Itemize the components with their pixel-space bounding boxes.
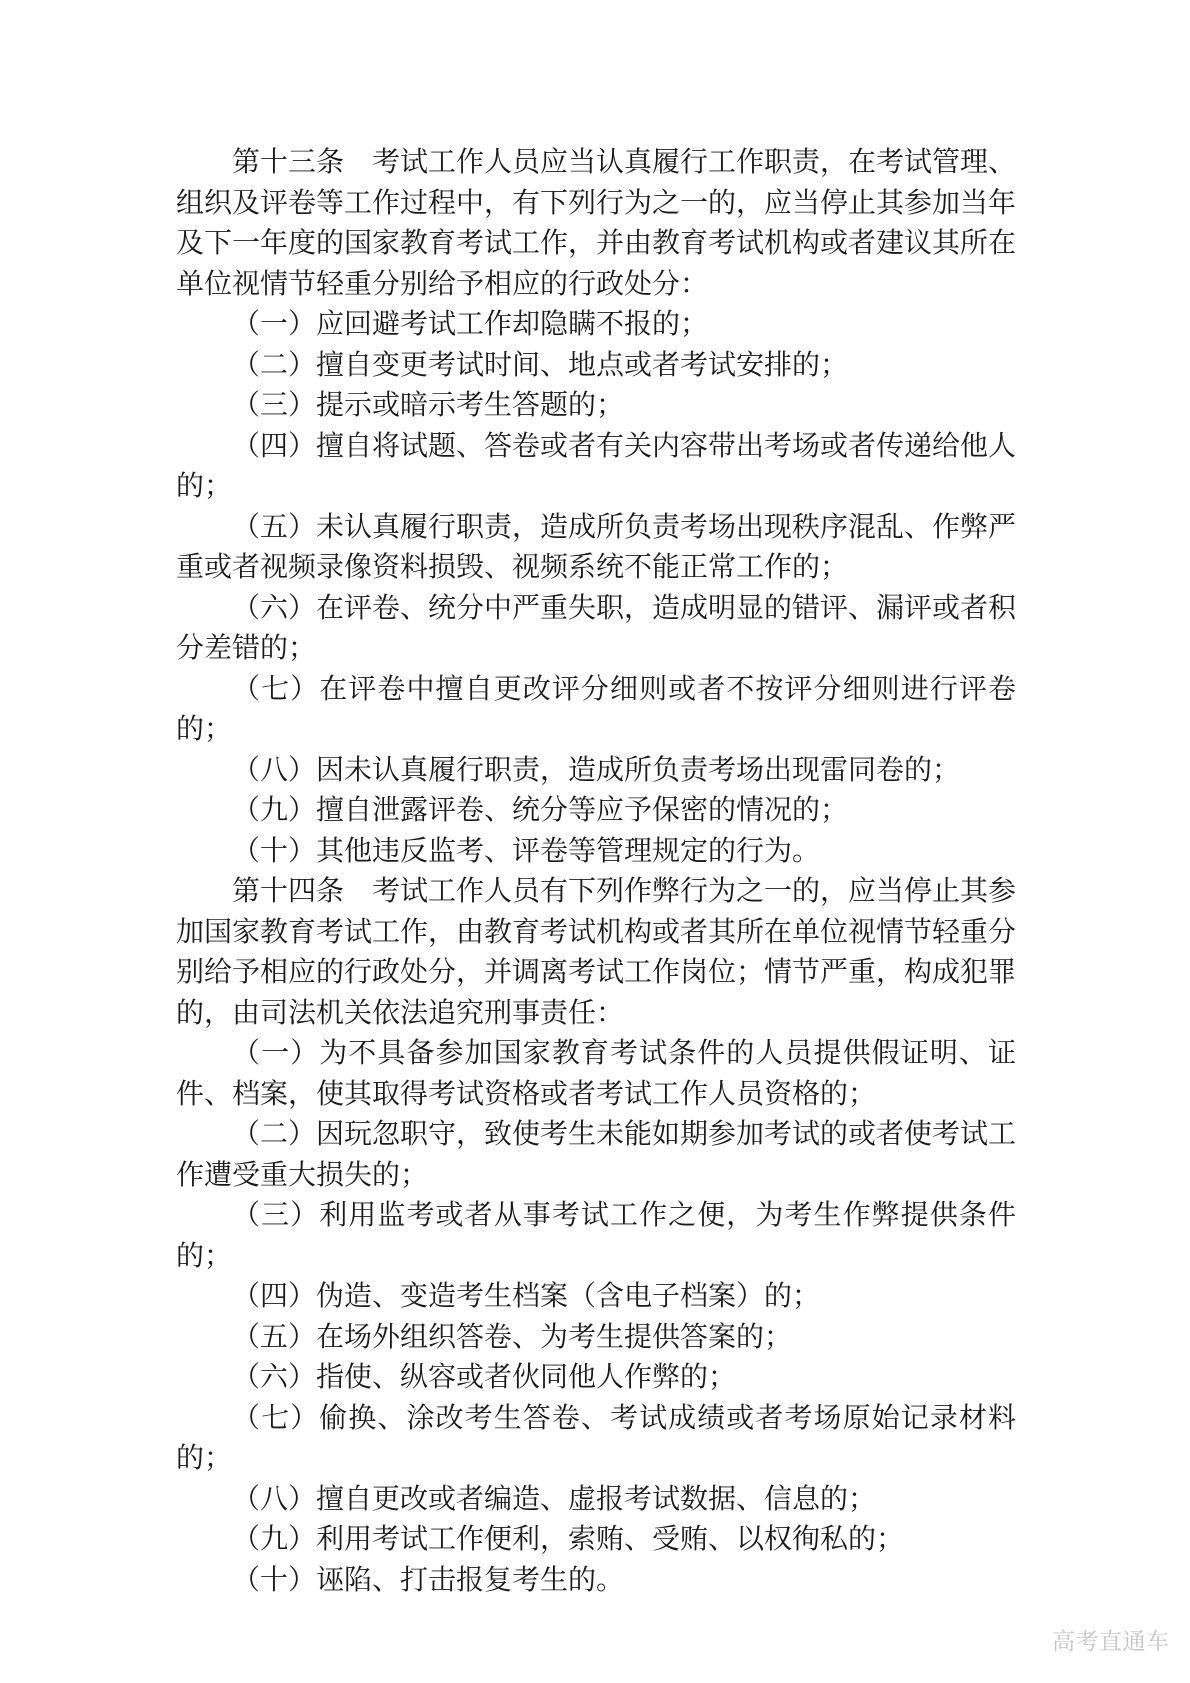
article-13-item-1: （一）应回避考试工作却隐瞒不报的； <box>176 304 1016 345</box>
article-14-item-10: （十）诬陷、打击报复考生的。 <box>176 1560 1016 1601</box>
article-14-item-8: （八）擅自更改或者编造、虚报考试数据、信息的； <box>176 1479 1016 1520</box>
article-14-item-1: （一）为不具备参加国家教育考试条件的人员提供假证明、证件、档案，使其取得考试资格… <box>176 1033 1016 1114</box>
document-body: 第十三条 考试工作人员应当认真履行工作职责，在考试管理、组织及评卷等工作过程中，… <box>176 142 1016 1600</box>
article-14-item-6: （六）指使、纵容或者伙同他人作弊的； <box>176 1357 1016 1398</box>
article-13-item-3: （三）提示或暗示考生答题的； <box>176 385 1016 426</box>
article-13-intro: 第十三条 考试工作人员应当认真履行工作职责，在考试管理、组织及评卷等工作过程中，… <box>176 142 1016 304</box>
article-14-item-3: （三）利用监考或者从事考试工作之便，为考生作弊提供条件的； <box>176 1195 1016 1276</box>
watermark-logo: 高考直通车 <box>1052 1629 1170 1653</box>
article-14-item-4: （四）伪造、变造考生档案（含电子档案）的； <box>176 1276 1016 1317</box>
article-14-item-7: （七）偷换、涂改考生答卷、考试成绩或者考场原始记录材料的； <box>176 1398 1016 1479</box>
article-13-item-4: （四）擅自将试题、答卷或者有关内容带出考场或者传递给他人的； <box>176 426 1016 507</box>
article-14-item-2: （二）因玩忽职守，致使考生未能如期参加考试的或者使考试工作遭受重大损失的； <box>176 1114 1016 1195</box>
article-13-item-2: （二）擅自变更考试时间、地点或者考试安排的； <box>176 345 1016 386</box>
article-14-item-5: （五）在场外组织答卷、为考生提供答案的； <box>176 1317 1016 1358</box>
article-13-item-9: （九）擅自泄露评卷、统分等应予保密的情况的； <box>176 790 1016 831</box>
article-13-item-7: （七）在评卷中擅自更改评分细则或者不按评分细则进行评卷的； <box>176 669 1016 750</box>
article-13-item-10: （十）其他违反监考、评卷等管理规定的行为。 <box>176 831 1016 872</box>
article-13-item-5: （五）未认真履行职责，造成所负责考场出现秩序混乱、作弊严重或者视频录像资料损毁、… <box>176 507 1016 588</box>
article-14-item-9: （九）利用考试工作便利，索贿、受贿、以权徇私的； <box>176 1519 1016 1560</box>
article-14-intro: 第十四条 考试工作人员有下列作弊行为之一的，应当停止其参加国家教育考试工作，由教… <box>176 871 1016 1033</box>
article-13-item-8: （八）因未认真履行职责，造成所负责考场出现雷同卷的； <box>176 750 1016 791</box>
article-13-item-6: （六）在评卷、统分中严重失职，造成明显的错评、漏评或者积分差错的； <box>176 588 1016 669</box>
